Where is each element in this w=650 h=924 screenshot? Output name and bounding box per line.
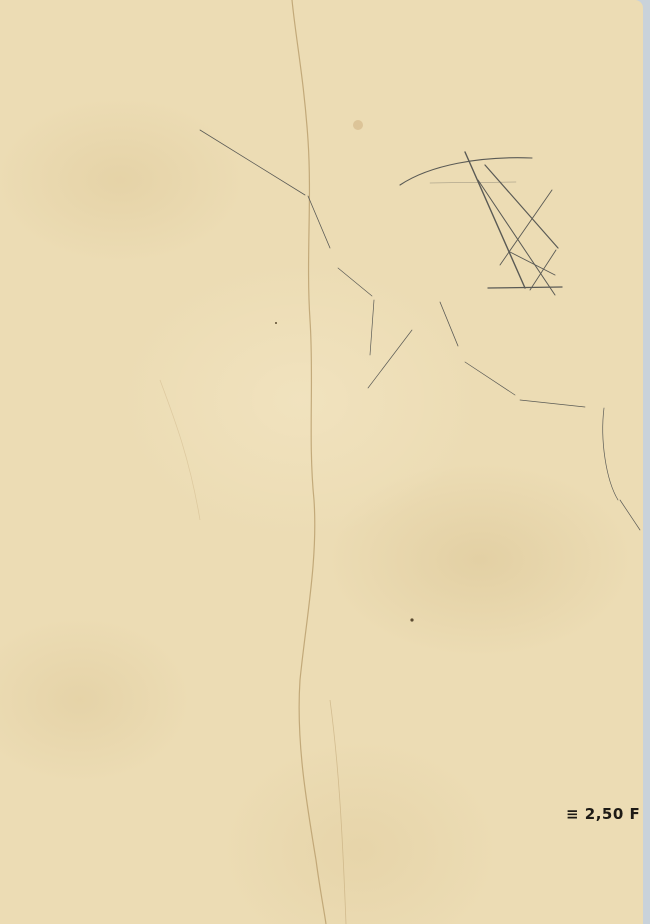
pencil-scribbles [200, 130, 640, 530]
cover-markings [0, 0, 650, 924]
price-label: ≡ 2,50 F [566, 805, 640, 823]
spine-crease [292, 0, 326, 924]
